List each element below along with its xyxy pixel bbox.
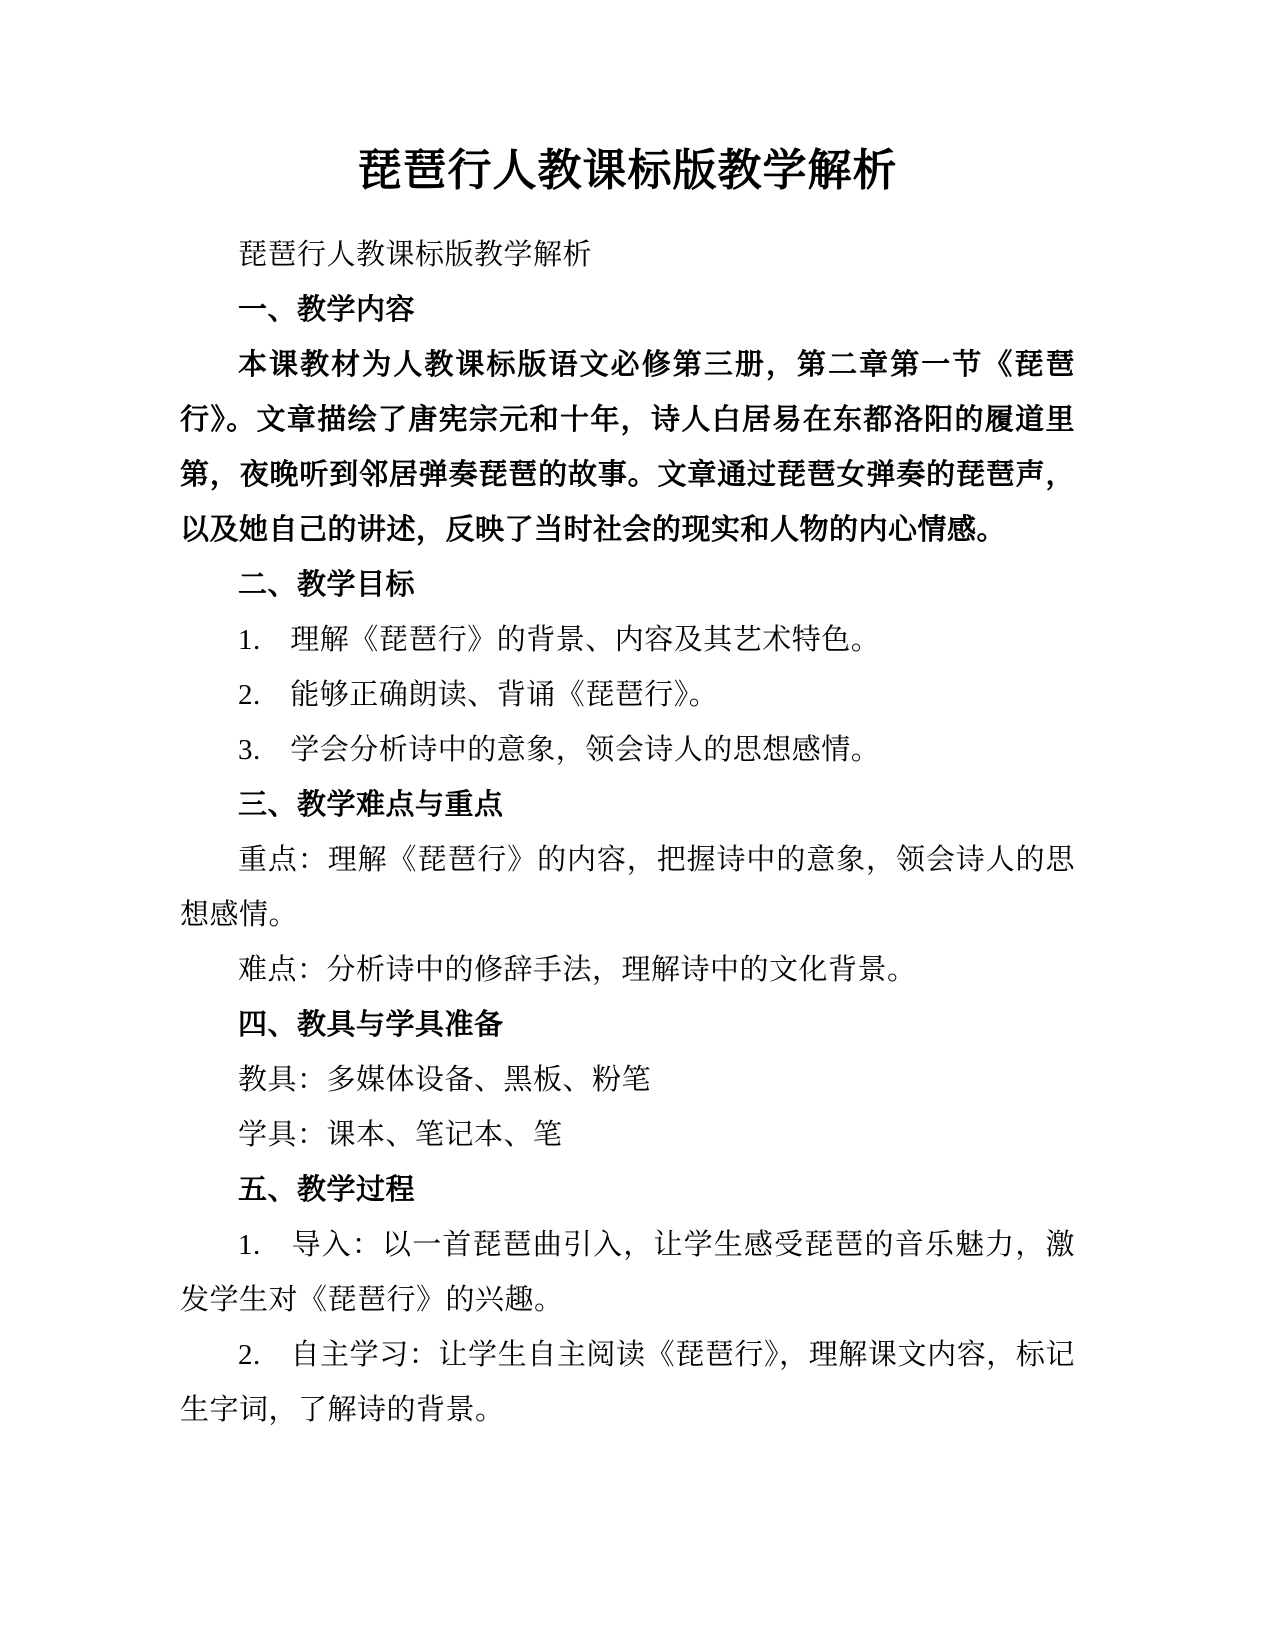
- document-page: 琵琶行人教课标版教学解析 琵琶行人教课标版教学解析 一、教学内容 本课教材为人教…: [0, 0, 1275, 1650]
- section-heading-difficulties: 三、教学难点与重点: [180, 778, 1075, 833]
- section-heading-teaching-aids: 四、教具与学具准备: [180, 998, 1075, 1053]
- list-item-goal-1: 1. 理解《琵琶行》的背景、内容及其艺术特色。: [180, 613, 1075, 668]
- paragraph-difficult-points: 难点：分析诗中的修辞手法，理解诗中的文化背景。: [180, 943, 1075, 998]
- list-item-goal-3: 3. 学会分析诗中的意象，领会诗人的思想感情。: [180, 723, 1075, 778]
- section-heading-teaching-process: 五、教学过程: [180, 1163, 1075, 1218]
- document-title: 琵琶行人教课标版教学解析: [180, 138, 1075, 204]
- list-item-process-1: 1. 导入：以一首琵琶曲引入，让学生感受琵琶的音乐魅力，激发学生对《琵琶行》的兴…: [180, 1218, 1075, 1328]
- paragraph-learning-aids: 学具：课本、笔记本、笔: [180, 1108, 1075, 1163]
- section-heading-teaching-goals: 二、教学目标: [180, 558, 1075, 613]
- list-item-goal-2: 2. 能够正确朗读、背诵《琵琶行》。: [180, 668, 1075, 723]
- section-heading-teaching-content: 一、教学内容: [180, 283, 1075, 338]
- paragraph-subtitle: 琵琶行人教课标版教学解析: [180, 228, 1075, 283]
- list-item-process-2: 2. 自主学习：让学生自主阅读《琵琶行》，理解课文内容，标记生字词，了解诗的背景…: [180, 1328, 1075, 1438]
- paragraph-key-points: 重点：理解《琵琶行》的内容，把握诗中的意象，领会诗人的思想感情。: [180, 833, 1075, 943]
- paragraph-teaching-aids: 教具：多媒体设备、黑板、粉笔: [180, 1053, 1075, 1108]
- paragraph-teaching-content: 本课教材为人教课标版语文必修第三册，第二章第一节《琵琶行》。文章描绘了唐宪宗元和…: [180, 338, 1075, 558]
